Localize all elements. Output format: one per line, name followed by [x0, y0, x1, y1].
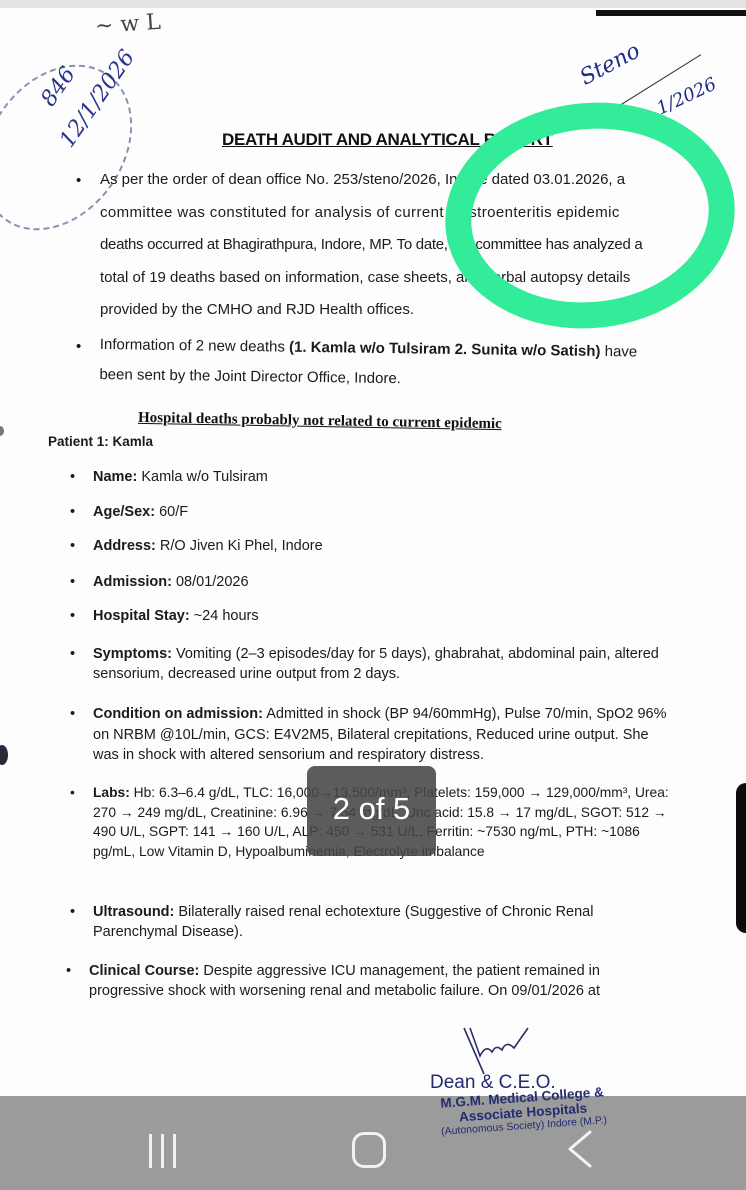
field-value: Vomiting (2–3 episodes/day for 5 days), …: [93, 646, 659, 682]
bullet-icon: •: [76, 172, 81, 189]
bullet-icon: •: [70, 704, 75, 724]
field-label: Symptoms:: [93, 646, 172, 662]
bullet-icon: •: [66, 961, 71, 981]
recents-icon: [173, 1134, 176, 1168]
new-deaths-suffix: have: [600, 343, 637, 361]
patient-heading: Patient 1: Kamla: [48, 434, 153, 449]
viewer-top-edge: [0, 0, 746, 8]
field-value: ~24 hours: [194, 608, 259, 624]
field-label: Hospital Stay:: [93, 608, 190, 624]
bullet-icon: •: [70, 644, 75, 664]
field-label: Condition on admission:: [93, 706, 263, 722]
back-chevron-icon: [560, 1126, 600, 1172]
bullet-icon: •: [70, 467, 75, 487]
recents-icon: [149, 1134, 152, 1168]
page-edge-shadow: [596, 10, 746, 16]
bullet-icon: •: [70, 536, 75, 556]
signature-icon: [462, 1026, 532, 1078]
field-value: R/O Jiven Ki Phel, Indore: [160, 538, 323, 554]
new-deaths-line2: been sent by the Joint Director Office, …: [99, 360, 699, 398]
edge-mark: [0, 426, 4, 436]
field-value: Kamla w/o Tulsiram: [141, 469, 268, 485]
section-heading: Hospital deaths probably not related to …: [138, 410, 502, 433]
new-deaths-prefix: Information of 2 new deaths: [100, 336, 290, 356]
bullet-icon: •: [76, 338, 81, 355]
bullet-icon: •: [70, 606, 75, 626]
field-label: Name:: [93, 469, 137, 485]
home-icon: [352, 1132, 386, 1168]
field-label: Admission:: [93, 574, 172, 590]
back-button[interactable]: [560, 1126, 600, 1172]
document-page[interactable]: ~ w L 846 12/1/2026 Steno 1/2026 DEATH A…: [0, 8, 746, 1096]
field-label: Clinical Course:: [89, 963, 199, 979]
page-edge-shadow-right: [736, 783, 746, 933]
recents-icon: [161, 1134, 164, 1168]
edge-hole-punch: [0, 745, 8, 765]
page-counter: 2 of 5: [307, 766, 436, 856]
home-button[interactable]: [352, 1126, 392, 1172]
bullet-icon: •: [70, 502, 75, 522]
steno-note: Steno: [576, 38, 645, 90]
new-deaths-paragraph: Information of 2 new deaths (1. Kamla w/…: [99, 330, 700, 398]
steno-date: 1/2026: [654, 74, 720, 120]
recents-button[interactable]: [145, 1126, 185, 1172]
field-label: Age/Sex:: [93, 504, 155, 520]
handwritten-scribble: ~ w L: [94, 10, 161, 40]
new-deaths-names: (1. Kamla w/o Tulsiram 2. Sunita w/o Sat…: [289, 339, 601, 360]
field-value: 60/F: [159, 504, 188, 520]
field-label: Ultrasound:: [93, 904, 174, 920]
bullet-icon: •: [70, 783, 75, 803]
field-label: Address:: [93, 538, 156, 554]
field-label: Labs:: [93, 785, 130, 800]
bullet-icon: •: [70, 902, 75, 922]
field-value: 08/01/2026: [176, 574, 249, 590]
bullet-icon: •: [70, 572, 75, 592]
